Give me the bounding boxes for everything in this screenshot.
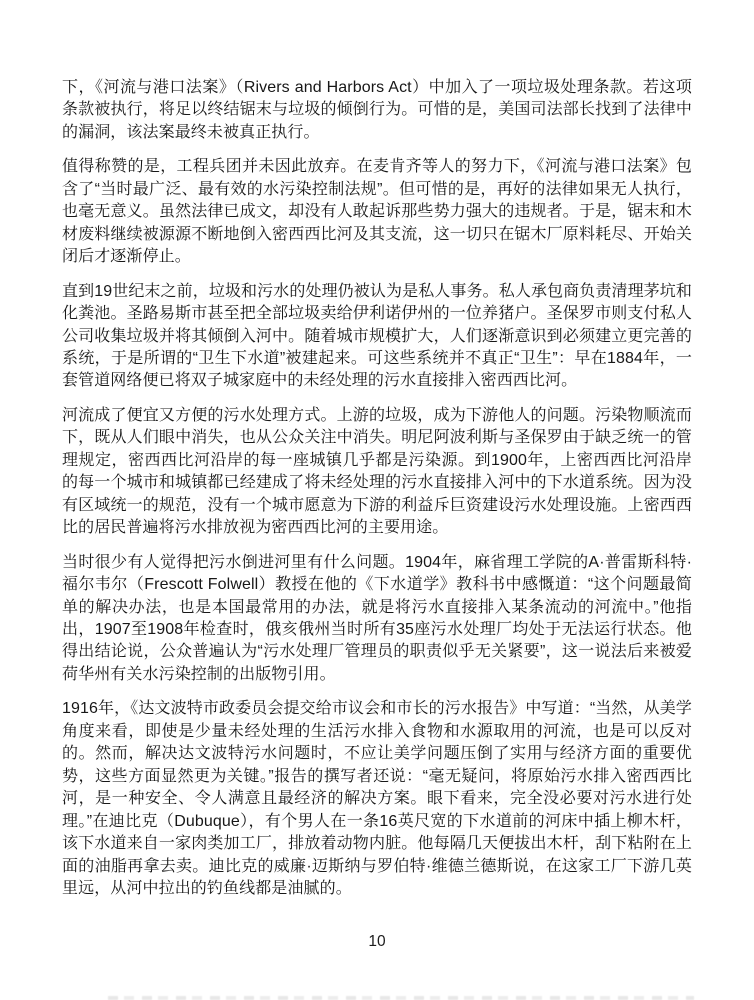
next-page-text-edge xyxy=(108,996,694,1000)
paragraph: 下，《河流与港口法案》（Rivers and Harbors Act）中加入了一… xyxy=(62,77,692,144)
paragraph: 1916年，《达文波特市政委员会提交给市议会和市长的污水报告》中写道：“当然，从… xyxy=(62,698,692,900)
paragraph: 直到19世纪末之前，垃圾和污水的处理仍被认为是私人事务。私人承包商负责清理茅坑和… xyxy=(62,281,692,393)
page-number: 10 xyxy=(0,933,754,951)
book-page: 下，《河流与港口法案》（Rivers and Harbors Act）中加入了一… xyxy=(0,0,754,1000)
paragraph: 河流成了便宜又方便的污水处理方式。上游的垃圾，成为下游他人的问题。污染物顺流而下… xyxy=(62,405,692,540)
paragraph: 当时很少有人觉得把污水倒进河里有什么问题。1904年，麻省理工学院的A·普雷斯科… xyxy=(62,552,692,687)
paragraph: 值得称赞的是，工程兵团并未因此放弃。在麦肯齐等人的努力下，《河流与港口法案》包含… xyxy=(62,156,692,268)
body-text: 下，《河流与港口法案》（Rivers and Harbors Act）中加入了一… xyxy=(62,77,692,912)
